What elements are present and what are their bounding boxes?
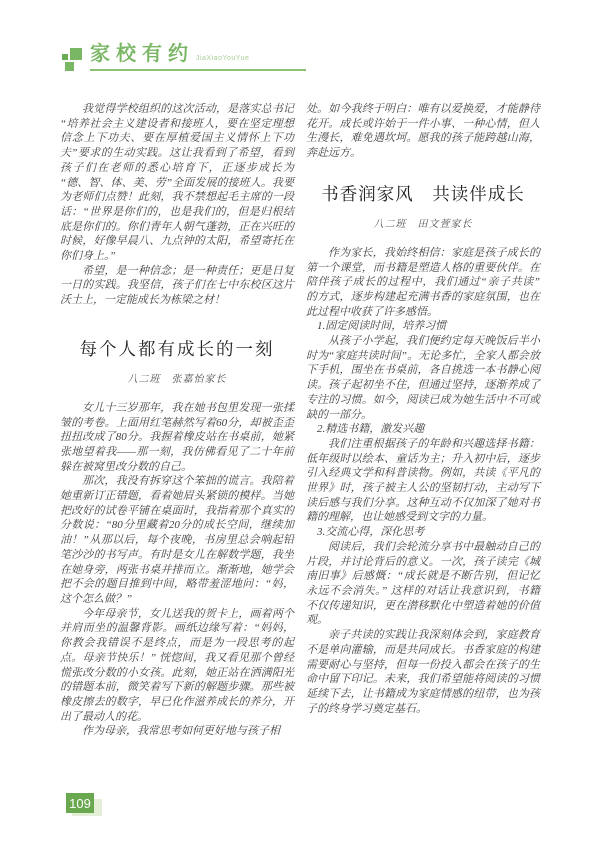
- article-author: 八二班 张嘉怡家长: [60, 370, 294, 385]
- page-number-value: 109: [66, 793, 94, 813]
- section-heading: 1.固定阅读时间，培养习惯: [306, 319, 540, 334]
- left-column: 我觉得学校组织的这次活动，是落实总书记“培养社会主义建设者和接班人，要在坚定理想…: [60, 102, 294, 739]
- article-paragraph: 阅读后，我们会轮流分享书中最触动自己的片段，并讨论背后的意义。一次，孩子读完《城…: [306, 540, 540, 628]
- article-paragraph: 今年母亲节，女儿送我的贺卡上，画着两个并肩而坐的温馨背影。画纸边缘写着：“妈妈，…: [60, 607, 294, 725]
- article-paragraph: 从孩子小学起，我们便约定每天晚饭后半小时为“家庭共读时间”。无论多忙，全家人都会…: [306, 334, 540, 422]
- article-title: 每个人都有成长的一刻: [60, 338, 294, 360]
- article-paragraph: 我觉得学校组织的这次活动，是落实总书记“培养社会主义建设者和接班人，要在坚定理想…: [60, 102, 294, 264]
- header-subtitle: JiaXiaoYouYue: [196, 55, 249, 62]
- article-author: 八二班 田文萱家长: [306, 215, 540, 230]
- section-heading: 3.交流心得，深化思考: [306, 525, 540, 540]
- article-paragraph-continuation: 处。如今我终于明白：唯有以爱换爱，才能静待花开。成长或许始于一件小事、一种心情，…: [306, 102, 540, 161]
- article-paragraph: 那次，我没有拆穿这个笨拙的谎言。我陪着她重新订正错题，看着她眉头紧锁的模样。当她…: [60, 474, 294, 606]
- article-paragraph: 作为母亲，我常思考如何更好地与孩子相: [60, 724, 294, 739]
- header-title-group: 家校有约 JiaXiaoYouYue: [90, 44, 306, 71]
- header-title: 家校有约: [90, 44, 194, 64]
- article-paragraph: 我们注重根据孩子的年龄和兴趣选择书籍：低年级时以绘本、童话为主；升入初中后，逐步…: [306, 437, 540, 525]
- article-paragraph: 亲子共读的实践让我深刻体会到，家庭教育不是单向灌输，而是共同成长。书香家庭的构建…: [306, 628, 540, 716]
- right-column: 处。如今我终于明白：唯有以爱换爱，才能静待花开。成长或许始于一件小事、一种心情，…: [306, 102, 540, 739]
- section-heading: 2.精选书籍，激发兴趣: [306, 422, 540, 437]
- article-paragraph: 希望，是一种信念；是一种责任；更是日复一日的实践。我坚信，孩子们在七中东校区这片…: [60, 264, 294, 308]
- logo-squares-icon: [62, 46, 86, 76]
- magazine-page: 家校有约 JiaXiaoYouYue 我觉得学校组织的这次活动，是落实总书记“培…: [0, 0, 600, 849]
- article-paragraph: 女儿十三岁那年，我在她书包里发现一张揉皱的考卷。上面用红笔赫然写着60分，却被歪…: [60, 401, 294, 475]
- article-title: 书香润家风 共读伴成长: [306, 183, 540, 205]
- article-paragraph: 作为家长，我始终相信：家庭是孩子成长的第一个课堂，而书籍是塑造人格的重要伙伴。在…: [306, 246, 540, 320]
- page-header: 家校有约 JiaXiaoYouYue: [62, 44, 306, 76]
- page-number-badge: 109: [66, 793, 106, 819]
- two-column-body: 我觉得学校组织的这次活动，是落实总书记“培养社会主义建设者和接班人，要在坚定理想…: [60, 102, 540, 739]
